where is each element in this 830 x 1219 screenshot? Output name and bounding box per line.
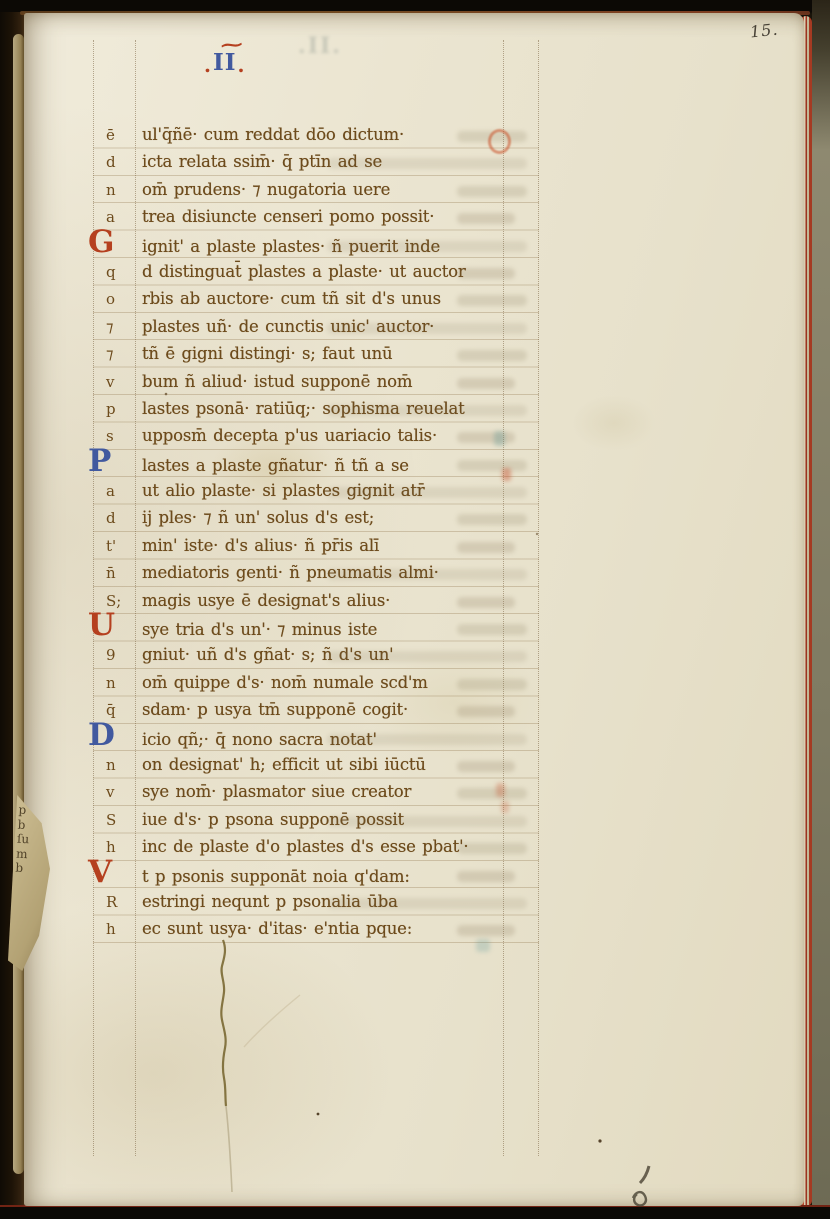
verse-text: ec sunt usya· d'itas· e'ntia pque: (142, 915, 412, 942)
heading-show-through: .II. (296, 33, 340, 59)
verse-text: tñ ē gigni distingi· s; faut unū (142, 340, 392, 367)
verse-text: trea disiuncte censeri pomo possit· (142, 203, 434, 230)
verse-initial-letter: R (96, 889, 142, 916)
verse-initial-letter: n (96, 177, 142, 204)
show-through-ghost (457, 432, 515, 443)
verso-blue-initial-show-through (476, 939, 490, 952)
verse-text: upposm̄ decepta p'us uariacio talis· (142, 422, 437, 449)
verse-text: inc de plaste d'o plastes d's esse pbat'… (142, 833, 468, 860)
verse-initial-letter: G (78, 231, 142, 253)
verse-initial-letter: p (96, 396, 142, 423)
verse-text: ul'q̄ñē· cum reddat dōo dictum· (142, 121, 404, 148)
show-through-ghost (457, 542, 515, 553)
verse-text: on designat' h; efficit ut sibi iūctū (142, 751, 426, 778)
verse-initial-letter: 9 (96, 642, 142, 669)
show-through-ghost (457, 761, 515, 772)
show-through-ghost (457, 460, 527, 471)
heading-flourish: ~ (216, 33, 249, 57)
heading-dot-left: . (204, 53, 212, 77)
verse-text: magis usye ē designat's alius· (142, 587, 390, 614)
show-through-column (457, 125, 543, 936)
show-through-ghost (327, 405, 527, 416)
verse-initial-letter: t' (96, 533, 142, 560)
show-through-ghost (327, 323, 527, 334)
photo-background-right (812, 0, 830, 1219)
verse-text: d distinguat̄ plastes a plaste· ut aucto… (142, 258, 466, 285)
verse-text: lastes a plaste gñatur· ñ tñ a se (142, 452, 409, 479)
vertical-ruling-left-outer (93, 40, 94, 1156)
show-through-ghost (327, 241, 527, 252)
verse-initial-letter: ⁊ (96, 341, 142, 368)
verse-text: t p psonis supponāt noia q'dam: (142, 863, 410, 890)
verso-initial-show-through-ring (488, 129, 511, 154)
parchment-page: 15. .II. ~.II. ēul'q̄ñē· cum reddat dōo … (24, 13, 804, 1206)
show-through-ghost (457, 186, 527, 197)
fragment-letters: p b ſu m b (15, 803, 33, 876)
verse-initial-letter: d (96, 149, 142, 176)
show-through-ghost (327, 734, 527, 745)
verse-text: sdam· p usya tm̄ supponē cogit· (142, 696, 408, 723)
show-through-ghost (457, 378, 515, 389)
show-through-ghost (457, 514, 527, 525)
verse-text: rbis ab auctore· cum tñ sit d's unus (142, 285, 441, 312)
verse-text: om̄ prudens· ⁊ nugatoria uere (142, 176, 390, 203)
verso-blue-initial-show-through (494, 431, 505, 446)
show-through-ghost (327, 569, 527, 580)
show-through-ghost (457, 268, 515, 279)
underlying-page-edge (13, 34, 24, 1174)
verse-initial-letter: v (96, 369, 142, 396)
show-through-ghost (457, 925, 515, 936)
show-through-ghost (457, 843, 527, 854)
show-through-ghost (457, 706, 515, 717)
show-through-ghost (457, 213, 515, 224)
verse-initial-letter: n (96, 670, 142, 697)
verse-initial-letter: n̄ (96, 560, 142, 587)
verse-initial-letter: U (78, 614, 142, 636)
show-through-ghost (457, 679, 527, 690)
verse-initial-letter: d (96, 505, 142, 532)
show-through-ghost (457, 597, 515, 608)
show-through-ghost (457, 295, 527, 306)
verso-red-initial-show-through (502, 468, 511, 481)
show-through-ghost (327, 898, 527, 909)
folio-number: 15. (749, 20, 779, 42)
verse-text: sye nom̄· plasmator siue creator (142, 778, 411, 805)
show-through-ghost (457, 624, 527, 635)
verse-initial-letter: q (96, 259, 142, 286)
photo-background-bottom (0, 1205, 830, 1219)
show-through-ghost (327, 487, 527, 498)
verso-red-initial-show-through (501, 801, 509, 813)
verse-text: min' iste· d's alius· ñ pr̄is alī (142, 532, 379, 559)
manuscript-photo: 15. .II. ~.II. ēul'q̄ñē· cum reddat dōo … (0, 0, 830, 1219)
heading-dot-right: . (238, 53, 246, 77)
verse-initial-letter: D (78, 724, 142, 746)
verse-text: sye tria d's un'· ⁊ minus iste (142, 616, 377, 643)
verso-red-initial-show-through (496, 783, 505, 797)
show-through-ghost (327, 651, 527, 662)
verse-initial-letter: o (96, 286, 142, 313)
verse-initial-letter: V (78, 861, 142, 883)
verse-initial-letter: ē (96, 122, 142, 149)
show-through-ghost (327, 816, 527, 827)
verse-initial-letter: S (96, 807, 142, 834)
verse-text: ij ples· ⁊ ñ un' solus d's est; (142, 504, 374, 531)
verse-initial-letter: a (96, 478, 142, 505)
show-through-ghost (457, 788, 527, 799)
show-through-ghost (457, 871, 515, 882)
chapter-heading: ~.II. (204, 49, 245, 77)
verse-text: om̄ quippe d's· nom̄ numale scd'm (142, 669, 428, 696)
verse-initial-letter: n (96, 752, 142, 779)
verse-initial-letter: h (96, 916, 142, 943)
show-through-ghost (327, 158, 527, 169)
verse-initial-letter: ⁊ (96, 314, 142, 341)
verse-initial-letter: P (78, 450, 142, 472)
verse-initial-letter: v (96, 779, 142, 806)
show-through-ghost (457, 350, 527, 361)
verse-text: bum ñ aliud· istud supponē nom̄ (142, 368, 412, 395)
